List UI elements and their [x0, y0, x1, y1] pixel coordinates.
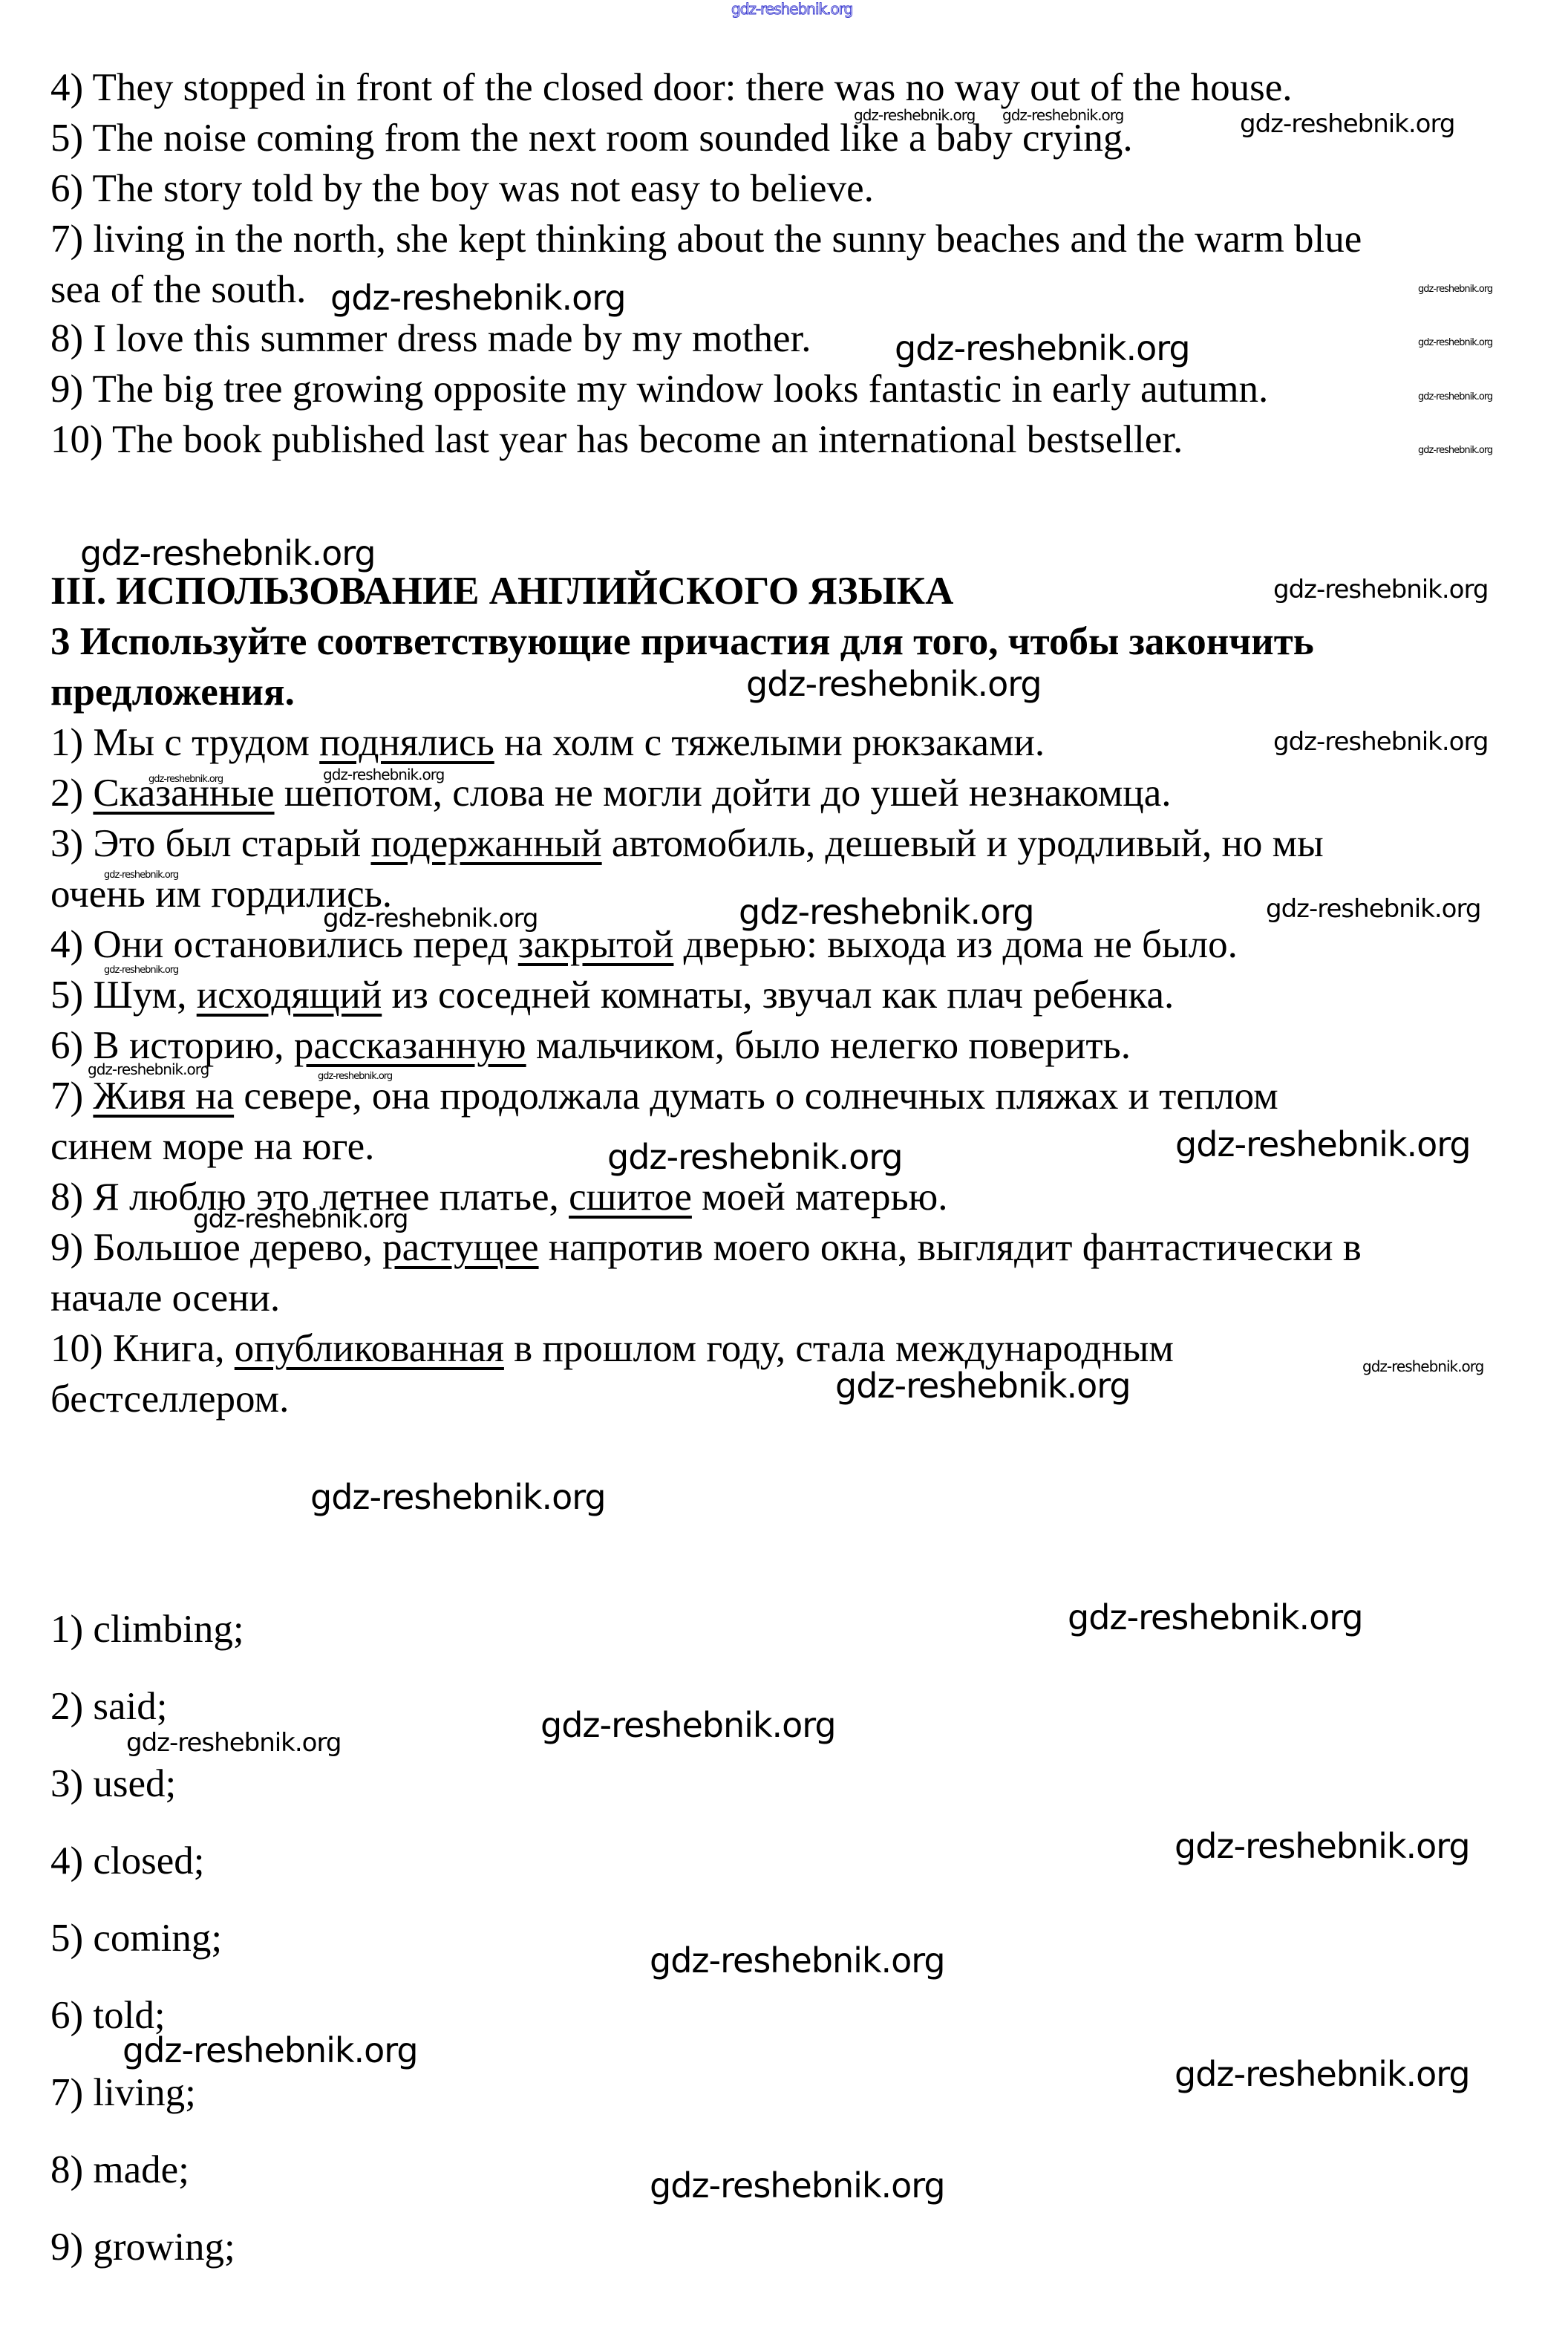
watermark: gdz-reshebnik.org — [650, 2168, 945, 2203]
watermark: gdz-reshebnik.org — [88, 1062, 209, 1077]
watermark: gdz-reshebnik.org — [1418, 392, 1492, 402]
sentence-text: напротив моего окна, выглядит фантастиче… — [539, 1226, 1362, 1269]
russian-sentence-line: 7) Живя на севере, она продолжала думать… — [50, 1077, 1278, 1116]
sentence-text: мальчиком, было нелегко поверить. — [526, 1024, 1131, 1067]
watermark: gdz-reshebnik.org — [1240, 111, 1454, 137]
watermark: gdz-reshebnik.org — [148, 775, 223, 784]
watermark: gdz-reshebnik.org — [193, 1207, 408, 1232]
underlined-participle: рассказанную — [294, 1024, 526, 1067]
english-sentence-7: 7) living in the north, she kept thinkin… — [50, 220, 1362, 259]
watermark: gdz-reshebnik.org — [122, 2033, 418, 2067]
russian-sentence-line: начале осени. — [50, 1279, 280, 1318]
answer-4: 4) closed; — [50, 1842, 205, 1881]
answer-3: 3) used; — [50, 1764, 176, 1804]
sentence-text: на холм с тяжелыми рюкзаками. — [494, 721, 1045, 764]
russian-sentence-line: 4) Они остановились перед закрытой дверь… — [50, 925, 1238, 965]
sentence-text: начале осени. — [50, 1277, 280, 1320]
watermark: gdz-reshebnik.org — [323, 906, 538, 931]
watermark: gdz-reshebnik.org — [1273, 729, 1488, 754]
watermark: gdz-reshebnik.org — [1266, 896, 1480, 922]
answer-1: 1) climbing; — [50, 1610, 244, 1649]
sentence-text: из соседней комнаты, звучал как плач реб… — [382, 974, 1174, 1017]
watermark: gdz-reshebnik.org — [1002, 108, 1123, 123]
answer-8: 8) made; — [50, 2151, 189, 2190]
section-heading: III. ИСПОЛЬЗОВАНИЕ АНГЛИЙСКОГО ЯЗЫКА — [50, 572, 953, 611]
sentence-text: 3) Это был старый — [50, 822, 370, 865]
sentence-text: 1) Мы с трудом — [50, 721, 319, 764]
task-instruction: 3 Используйте соответствующие причастия … — [50, 622, 1314, 662]
answer-5: 5) coming; — [50, 1919, 222, 1958]
watermark: gdz-reshebnik.org — [1418, 284, 1492, 294]
english-sentence-9: 9) The big tree growing opposite my wind… — [50, 370, 1268, 409]
task-instruction-cont: предложения. — [50, 673, 295, 712]
russian-sentence-line: 10) Книга, опубликованная в прошлом году… — [50, 1329, 1174, 1369]
english-sentence-8: 8) I love this summer dress made by my m… — [50, 319, 811, 359]
answer-9: 9) growing; — [50, 2228, 235, 2267]
answer-7: 7) living; — [50, 2073, 196, 2113]
watermark: gdz-reshebnik.org — [1273, 577, 1488, 602]
watermark: gdz-reshebnik.org — [1175, 1829, 1470, 1863]
watermark: gdz-reshebnik.org — [1068, 1600, 1363, 1634]
russian-sentence-line: бестселлером. — [50, 1380, 289, 1419]
underlined-participle: закрытой — [518, 923, 674, 966]
watermark: gdz-reshebnik.org — [1418, 338, 1492, 348]
russian-sentence-line: 5) Шум, исходящий из соседней комнаты, з… — [50, 976, 1174, 1015]
watermark: gdz-reshebnik.org — [1418, 446, 1492, 455]
underlined-participle: Живя на — [93, 1075, 234, 1118]
sentence-text: 2) — [50, 772, 93, 815]
underlined-participle: поднялись — [319, 721, 494, 764]
sentence-text: моей матерью. — [692, 1176, 948, 1219]
answer-2: 2) said; — [50, 1687, 168, 1727]
watermark: gdz-reshebnik.org — [318, 1072, 392, 1081]
watermark: gdz-reshebnik.org — [330, 281, 626, 315]
sentence-text: 10) Книга, — [50, 1327, 235, 1370]
watermark: gdz-reshebnik.org — [746, 667, 1042, 701]
english-sentence-10: 10) The book published last year has bec… — [50, 420, 1183, 460]
watermark: gdz-reshebnik.org — [835, 1369, 1131, 1403]
watermark: gdz-reshebnik.org — [895, 331, 1190, 365]
underlined-participle: подержанный — [370, 822, 601, 865]
watermark: gdz-reshebnik.org — [310, 1480, 606, 1514]
sentence-text: синем море на юге. — [50, 1125, 374, 1168]
watermark: gdz-reshebnik.org — [104, 870, 178, 880]
watermark: gdz-reshebnik.org — [540, 1708, 836, 1742]
sentence-text: 5) Шум, — [50, 974, 197, 1017]
top-watermark: gdz-reshebnik.org — [731, 1, 852, 16]
underlined-participle: опубликованная — [235, 1327, 504, 1370]
watermark: gdz-reshebnik.org — [1175, 2057, 1470, 2091]
sentence-text: 7) — [50, 1075, 93, 1118]
watermark: gdz-reshebnik.org — [126, 1730, 341, 1755]
russian-sentence-line: 3) Это был старый подержанный автомобиль… — [50, 824, 1324, 864]
russian-sentence-line: синем море на юге. — [50, 1127, 374, 1167]
watermark: gdz-reshebnik.org — [739, 895, 1034, 929]
watermark: gdz-reshebnik.org — [650, 1943, 945, 1978]
english-sentence-6: 6) The story told by the boy was not eas… — [50, 169, 874, 209]
watermark: gdz-reshebnik.org — [1362, 1359, 1483, 1374]
underlined-participle: сшитое — [569, 1176, 692, 1219]
watermark: gdz-reshebnik.org — [854, 108, 975, 123]
russian-sentence-line: 1) Мы с трудом поднялись на холм с тяжел… — [50, 723, 1045, 763]
document-page: gdz-reshebnik.org 4) They stopped in fro… — [0, 0, 1568, 2331]
english-sentence-7-cont: sea of the south. — [50, 270, 306, 310]
english-sentence-4: 4) They stopped in front of the closed d… — [50, 68, 1293, 108]
watermark: gdz-reshebnik.org — [323, 767, 444, 782]
sentence-text: автомобиль, дешевый и уродливый, но мы — [602, 822, 1324, 865]
watermark: gdz-reshebnik.org — [80, 536, 376, 570]
sentence-text: в прошлом году, стала международным — [504, 1327, 1174, 1370]
russian-sentence-line: 6) В историю, рассказанную мальчиком, бы… — [50, 1026, 1131, 1066]
russian-sentence-line: 8) Я люблю это летнее платье, сшитое мое… — [50, 1178, 948, 1217]
english-sentence-5: 5) The noise coming from the next room s… — [50, 119, 1133, 158]
watermark: gdz-reshebnik.org — [607, 1140, 903, 1174]
watermark: gdz-reshebnik.org — [104, 965, 178, 975]
sentence-text: бестселлером. — [50, 1378, 289, 1421]
underlined-participle: исходящий — [197, 974, 382, 1017]
watermark: gdz-reshebnik.org — [1175, 1127, 1471, 1161]
